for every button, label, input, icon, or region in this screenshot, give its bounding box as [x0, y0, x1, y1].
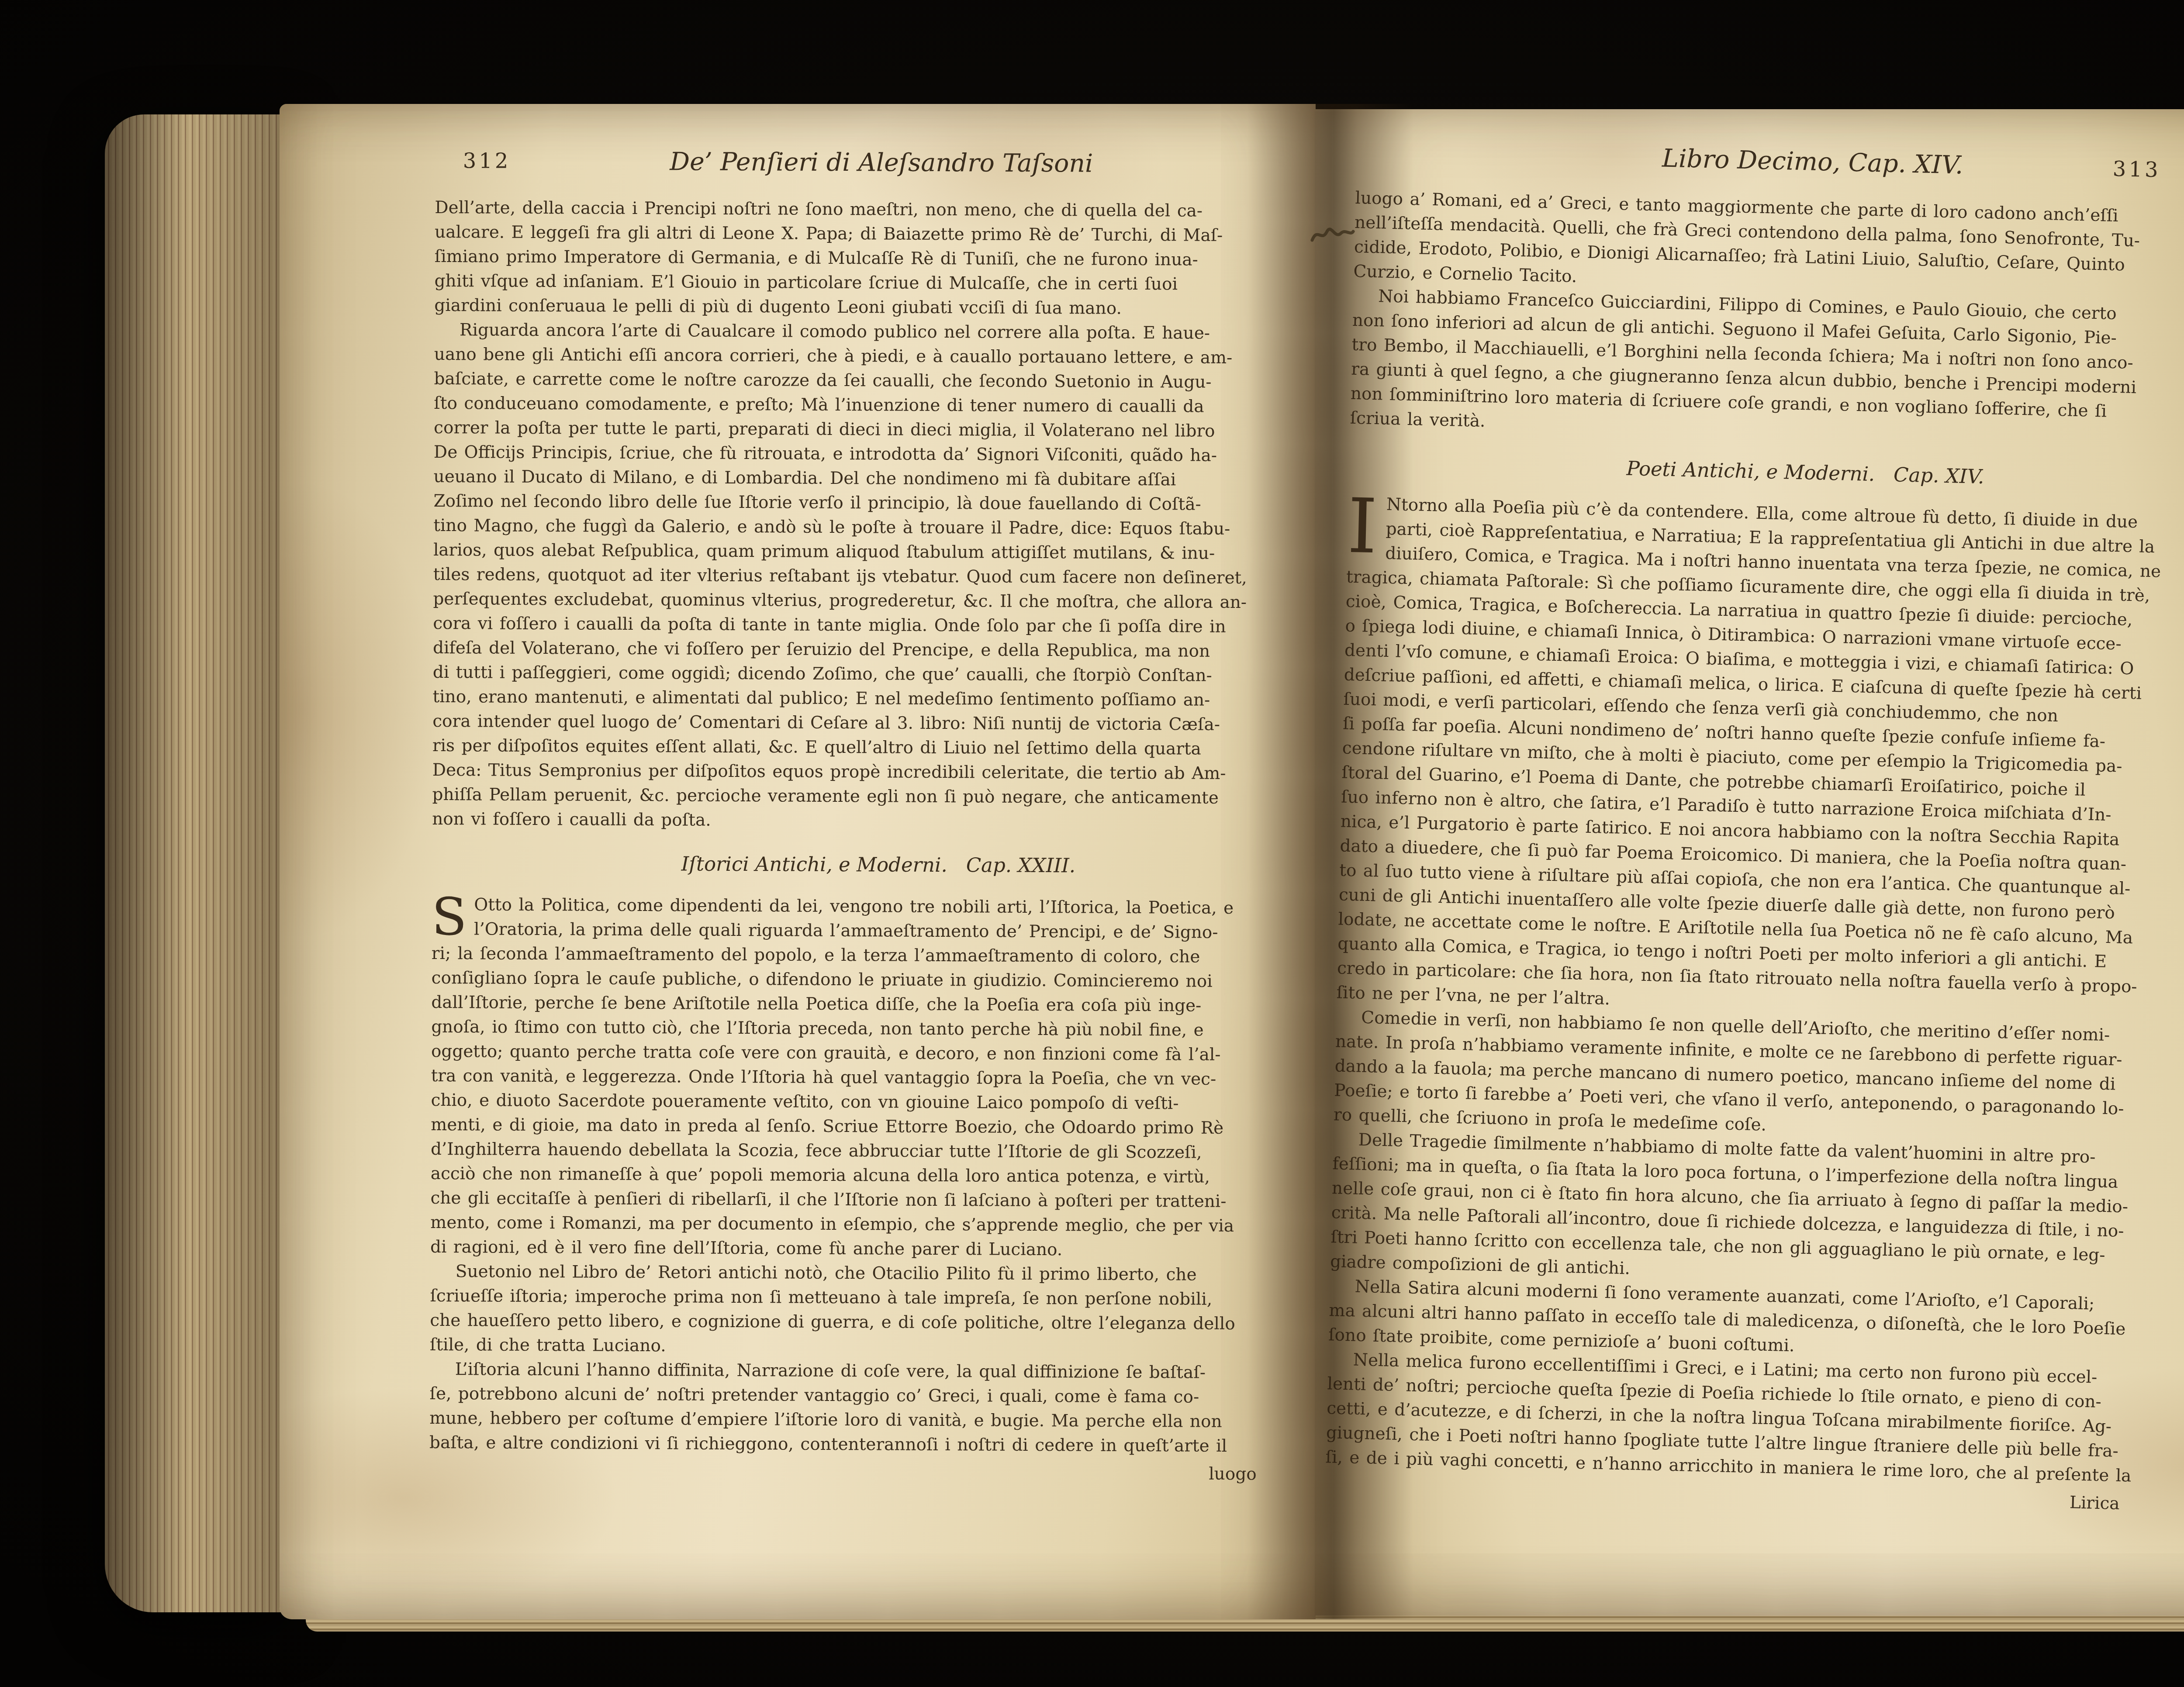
- right-page-text: Libro Decimo, Cap. XIV.313 luogo a’ Roma…: [1324, 135, 2184, 1519]
- paragraph-dropcap: SOtto la Politica, come dipendenti da le…: [430, 893, 1325, 1263]
- catchword: luogo: [429, 1459, 1322, 1487]
- right-page: Libro Decimo, Cap. XIV.313 luogo a’ Roma…: [1315, 109, 2184, 1616]
- left-running-title: De’ Penſieri di Aleſsandro Taſsoni: [670, 147, 1093, 178]
- paragraph: Comedie in verſi, non habbiamo ſe non qu…: [1333, 1005, 2184, 1149]
- chapter-heading-poeti: Poeti Antichi, e Moderni. Cap. XIV.: [1349, 450, 2184, 496]
- paragraph: Nella melica furono eccellentiſſimi i Gr…: [1325, 1347, 2184, 1491]
- chapter-heading-istorici: Iſtorici Antichi, e Moderni. Cap. XXIII.: [432, 851, 1325, 879]
- paragraph-text: Otto la Politica, come dipendenti da lei…: [430, 895, 1234, 1259]
- paragraph: Noi habbiamo Franceſco Guicciardini, Fil…: [1350, 284, 2184, 452]
- paragraph-text: Ntorno alla Poeſia più c’è da contendere…: [1336, 495, 2161, 1009]
- left-body: Dell’arte, della caccia i Prencipi noſtr…: [429, 196, 1328, 1487]
- left-page-number: 312: [463, 144, 511, 177]
- paragraph: Suetonio nel Libro de’ Retori antichi no…: [430, 1259, 1323, 1361]
- drop-cap-initial: I: [1347, 492, 1387, 560]
- paragraph: L’iſtoria alcuni l’hanno diffinita, Narr…: [429, 1357, 1323, 1459]
- paragraph: Dell’arte, della caccia i Prencipi noſtr…: [434, 196, 1327, 322]
- page-edges-left: [105, 114, 288, 1612]
- left-running-head: 312De’ Penſieri di Aleſsandro Taſsoni: [435, 144, 1328, 181]
- book-photograph: 312De’ Penſieri di Aleſsandro Taſsoni De…: [0, 0, 2184, 1687]
- left-page: 312De’ Penſieri di Aleſsandro Taſsoni De…: [280, 104, 1316, 1619]
- paragraph: Riguarda ancora l’arte di Caualcare il c…: [432, 318, 1327, 835]
- paragraph: Delle Tragedie ſimilmente n’habbiamo di …: [1330, 1127, 2184, 1295]
- right-page-number: 313: [2112, 152, 2161, 187]
- right-running-head: Libro Decimo, Cap. XIV.313: [1356, 135, 2184, 189]
- right-body: luogo a’ Romani, ed a’ Greci, e tanto ma…: [1324, 186, 2184, 1519]
- left-page-text: 312De’ Penſieri di Aleſsandro Taſsoni De…: [429, 144, 1328, 1487]
- paragraph-dropcap: INtorno alla Poeſia più c’è da contender…: [1336, 492, 2184, 1027]
- right-running-title: Libro Decimo, Cap. XIV.: [1662, 144, 1964, 180]
- drop-cap-initial: S: [432, 893, 474, 938]
